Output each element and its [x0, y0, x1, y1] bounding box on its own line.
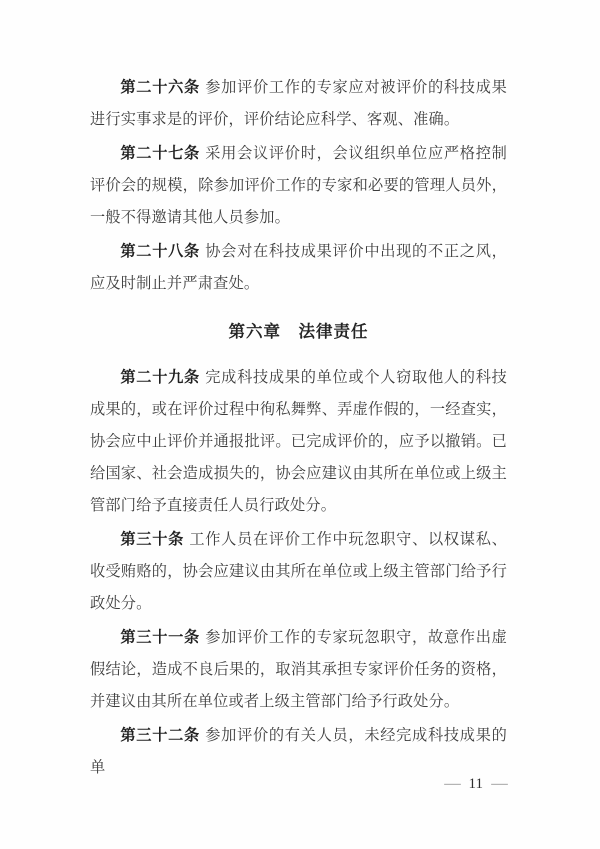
document-body: 第二十六条参加评价工作的专家应对被评价的科技成果进行实事求是的评价，评价结论应科…: [90, 72, 507, 786]
article-text: 完成科技成果的单位或个人窃取他人的科技成果的，或在评价过程中徇私舞弊、弄虚作假的…: [90, 369, 507, 514]
article-paragraph: 第三十一条参加评价工作的专家玩忽职守，故意作出虚假结论，造成不良后果的，取消其承…: [90, 622, 507, 718]
article-number: 第三十二条: [120, 727, 200, 744]
article-paragraph: 第二十九条完成科技成果的单位或个人窃取他人的科技成果的，或在评价过程中徇私舞弊、…: [90, 362, 507, 522]
article-paragraph: 第二十七条采用会议评价时，会议组织单位应严格控制评价会的规模，除参加评价工作的专…: [90, 138, 507, 234]
page-number-dash-left: —: [444, 772, 461, 796]
document-page: 第二十六条参加评价工作的专家应对被评价的科技成果进行实事求是的评价，评价结论应科…: [0, 0, 600, 849]
article-number: 第三十一条: [120, 629, 200, 646]
article-number: 第二十八条: [120, 243, 200, 260]
page-number-value: 11: [469, 772, 483, 796]
page-number: — 11 —: [445, 772, 507, 796]
article-paragraph: 第三十条工作人员在评价工作中玩忽职守、以权谋私、收受贿赂的，协会应建议由其所在单…: [90, 524, 507, 620]
article-number: 第三十条: [120, 531, 184, 548]
article-paragraph: 第二十八条协会对在科技成果评价中出现的不正之风，应及时制止并严肃查处。: [90, 236, 507, 300]
page-number-dash-right: —: [491, 772, 508, 796]
article-number: 第二十九条: [120, 369, 200, 386]
article-number: 第二十七条: [120, 145, 200, 162]
chapter-heading: 第六章 法律责任: [90, 315, 507, 348]
article-paragraph: 第二十六条参加评价工作的专家应对被评价的科技成果进行实事求是的评价，评价结论应科…: [90, 72, 507, 136]
article-number: 第二十六条: [120, 79, 200, 96]
